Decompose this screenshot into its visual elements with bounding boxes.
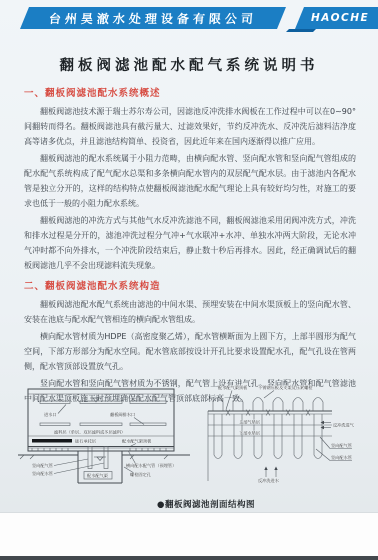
label-vert-gas-r: 竖向配气管 <box>331 442 352 449</box>
brand-banner: HAOCHE <box>295 7 378 29</box>
support-layer <box>32 439 72 443</box>
document-page: 台州昊澈水处理设备有限公司 HAOCHE 翻板阀滤池配水配气系统说明书 一、翻板… <box>0 0 378 513</box>
label-vert-gas: 竖向配气管 <box>32 462 53 469</box>
water-level-icon <box>90 398 102 402</box>
cross-section-diagram: 进水口 翻板阀排水口 滤料层（单层、双层滤料或多层滤料） 砾石承托层 配水配气渠… <box>18 383 190 499</box>
underdrain-plate <box>28 447 174 451</box>
label-support: 砾石承托层 <box>75 438 97 445</box>
vertical-pipes <box>88 447 108 469</box>
company-name: 台州昊澈水处理设备有限公司 <box>48 10 257 27</box>
wash-troughs <box>40 401 166 426</box>
backwash-water-arrows <box>264 467 277 478</box>
section-1-paragraph-1: 翻板阀滤池技术源于瑞士苏尔寿公司，因滤池反冲洗排水阀板在工作过程中可以在0~90… <box>24 104 356 149</box>
section-1-paragraph-2: 翻板阀滤池的配水系统属于小阻力范畴，由横向配水管、竖向配水管和竖向配气管组成的配… <box>24 151 356 211</box>
label-media: 滤料层（单层、双层滤料或多层滤料） <box>54 429 125 436</box>
label-vert-water-r: 竖向配水管 <box>331 454 352 461</box>
label-inlet: 进水口 <box>44 411 57 418</box>
label-clamp: 不锈钢压板及支架及压紧螺栓 <box>258 384 313 391</box>
doc-title: 翻板阀滤池配水配气系统说明书 <box>0 54 378 75</box>
label-channel: 配水配气渠 <box>87 472 109 479</box>
label-air-layer: 上部气垫层 <box>239 419 261 426</box>
pipe-loops <box>213 398 323 412</box>
label-backwash-air: 反冲洗进气 <box>333 422 355 429</box>
section-1-paragraph-3: 翻板阀滤池的冲洗方式与其他气水反冲洗滤池不同，翻板阀滤池采用闭阀冲洗方式，冲洗和… <box>24 213 356 273</box>
label-lateral: 横向配水配气管（预埋管） <box>126 462 176 469</box>
cross-section-svg: 进水口 翻板阀排水口 滤料层（单层、双层滤料或多层滤料） 砾石承托层 配水配气渠… <box>18 383 190 499</box>
label-vert-water: 竖向配水管 <box>32 470 53 477</box>
label-top-plate: 配水配气渠顶板 <box>122 438 152 445</box>
company-banner: 台州昊澈水处理设备有限公司 <box>20 7 286 29</box>
document-photo: 台州昊澈水处理设备有限公司 HAOCHE 翻板阀滤池配水配气系统说明书 一、翻板… <box>0 0 378 560</box>
brand-accent-stripe <box>286 29 316 32</box>
section-2-paragraph-2: 横向配水管材质为HDPE（高密度聚乙烯），配水管横断面为上圆下方，上部半圆形为配… <box>24 329 356 374</box>
label-top-plate-r: 配水配气渠顶板 <box>218 384 248 391</box>
pipe-detail-diagram: 配水配气渠顶板 不锈钢压板及支架及压紧螺栓 <box>202 383 362 495</box>
pipe-detail-svg: 配水配气渠顶板 不锈钢压板及支架及压紧螺栓 <box>202 383 362 495</box>
label-bolt: 螺栓固定孔 <box>130 471 152 478</box>
section-2-heading: 二、翻板阀滤池配水系统构造 <box>24 278 356 292</box>
section-1-heading: 一、翻板阀滤池配水系统概述 <box>24 85 356 99</box>
label-water-layer: 下部水垫层 <box>239 430 261 437</box>
section-2-paragraph-1: 翻板阀滤池配水配气系统由滤池的中间水渠、预埋安装在中间水渠顶板上的竖向配水管、安… <box>24 297 356 327</box>
channel-top-plate <box>208 410 332 416</box>
brand-logo-text: HAOCHE <box>295 12 369 24</box>
doc-body: 一、翻板阀滤池配水系统概述 翻板阀滤池技术源于瑞士苏尔寿公司，因滤池反冲洗排水阀… <box>24 80 356 408</box>
figure-caption: ●翻板阀滤池剖面结构图 <box>0 498 378 510</box>
label-drain: 翻板阀排水口 <box>110 411 135 418</box>
label-backwash-water: 反冲洗进水 <box>258 477 280 484</box>
figure-row: 进水口 翻板阀排水口 滤料层（单层、双层滤料或多层滤料） 砾石承托层 配水配气渠… <box>18 383 362 499</box>
photo-bottom-edge <box>0 556 378 560</box>
